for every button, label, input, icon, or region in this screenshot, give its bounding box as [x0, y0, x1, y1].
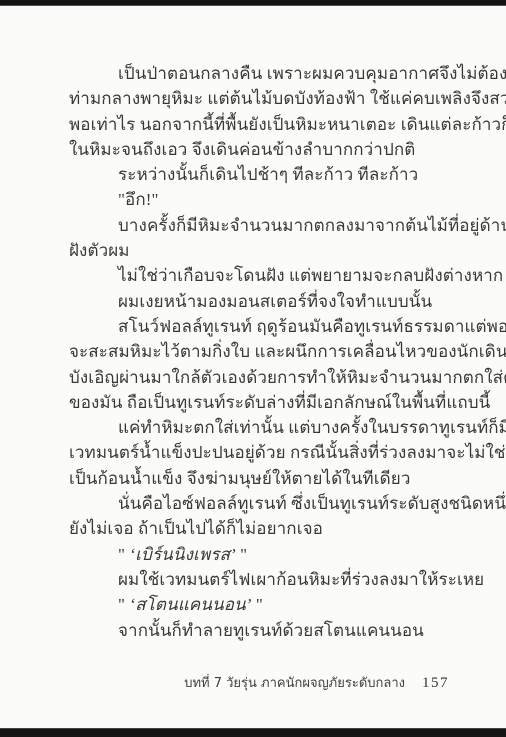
body-line: แค่ทำหิมะตกใส่เท่านั้น แต่บางครั้งในบรรด…: [69, 415, 449, 440]
body-text: จะสะสมหิมะไว้ตามกิ่งใบ และผนึกการเคลื่อน…: [69, 342, 506, 361]
body-line: เป็นป่าตอนกลางคืน เพราะผมควบคุมอากาศจึงไ…: [69, 61, 449, 86]
body-text: ผมเงยหน้ามองมอนสเตอร์ที่จงใจทำแบบนั้น: [118, 292, 432, 311]
scan-edge-bottom: [0, 728, 506, 737]
body-line: ผมเงยหน้ามองมอนสเตอร์ที่จงใจทำแบบนั้น: [69, 289, 449, 314]
body-line: จะสะสมหิมะไว้ตามกิ่งใบ และผนึกการเคลื่อน…: [69, 339, 449, 364]
footer-chapter-title: บทที่ 7 วัยรุ่น ภาคนักผจญภัยระดับกลาง: [184, 672, 405, 693]
body-text: ยังไม่เจอ ถ้าเป็นไปได้ก็ไม่อยากเจอ: [69, 519, 323, 538]
body-line: เวทมนตร์น้ำแข็งปะปนอยู่ด้วย กรณีนั้นสิ่ง…: [69, 440, 449, 465]
body-text: เป็นก้อนน้ำแข็ง จึงฆ่ามนุษย์ให้ตายได้ในท…: [69, 469, 411, 488]
body-line: " ‘เบิร์นนิงเพรส’ ": [69, 542, 449, 567]
body-text: ": [236, 545, 247, 564]
body-text: ": [118, 545, 129, 564]
body-line: ผมใช้เวทมนตร์ไฟเผาก้อนหิมะที่ร่วงลงมาให้…: [69, 567, 449, 592]
body-text: ระหว่างนั้นก็เดินไปช้าๆ ทีละก้าว ทีละก้า…: [118, 165, 418, 184]
body-line: ฝังตัวผม: [69, 238, 449, 263]
body-line: ไม่ใช่ว่าเกือบจะโดนฝัง แต่พยายามจะกลบฝัง…: [69, 263, 449, 288]
body-text: เวทมนตร์น้ำแข็งปะปนอยู่ด้วย กรณีนั้นสิ่ง…: [69, 443, 506, 462]
body-line: ในหิมะจนถึงเอว จึงเดินค่อนข้างลำบากกว่าป…: [69, 137, 449, 162]
body-line: ระหว่างนั้นก็เดินไปช้าๆ ทีละก้าว ทีละก้า…: [69, 162, 449, 187]
body-text: บังเอิญผ่านมาใกล้ตัวเองด้วยการทำให้หิมะจ…: [69, 368, 506, 387]
body-text: จากนั้นก็ทำลายทูเรนท์ด้วยสโตนแคนนอน: [118, 621, 424, 640]
body-line: เป็นก้อนน้ำแข็ง จึงฆ่ามนุษย์ให้ตายได้ในท…: [69, 466, 449, 491]
body-line: บางครั้งก็มีหิมะจำนวนมากตกลงมาจากต้นไม้ท…: [69, 213, 449, 238]
body-text: ": [118, 595, 129, 614]
body-line: นั่นคือไอซ์ฟอลล์ทูเรนท์ ซึ่งเป็นทูเรนท์ร…: [69, 491, 449, 516]
footer-page-number: 157: [422, 675, 449, 692]
spell-name-text: ‘เบิร์นนิงเพรส’: [129, 545, 235, 564]
spell-name-text: ‘สโตนแคนนอน’: [129, 595, 251, 614]
scan-edge-top: [0, 0, 506, 6]
body-line: พอเท่าไร นอกจากนี้ที่พื้นยังเป็นหิมะหนาเ…: [69, 112, 449, 137]
body-text: พอเท่าไร นอกจากนี้ที่พื้นยังเป็นหิมะหนาเ…: [69, 115, 506, 134]
body-text: ของมัน ถือเป็นทูเรนท์ระดับล่างที่มีเอกลั…: [69, 393, 490, 412]
body-line: " ‘สโตนแคนนอน’ ": [69, 592, 449, 617]
body-text: "อึก!": [118, 190, 159, 209]
body-text: สโนว์ฟอลล์ทูเรนท์ ฤดูร้อนมันคือทูเรนท์ธร…: [118, 317, 506, 336]
body-text: ในหิมะจนถึงเอว จึงเดินค่อนข้างลำบากกว่าป…: [69, 140, 415, 159]
body-line: ท่ามกลางพายุหิมะ แต่ต้นไม้บดบังท้องฟ้า ใ…: [69, 86, 449, 111]
body-text: ": [251, 595, 262, 614]
body-text: บางครั้งก็มีหิมะจำนวนมากตกลงมาจากต้นไม้ท…: [118, 216, 506, 235]
body-line: ยังไม่เจอ ถ้าเป็นไปได้ก็ไม่อยากเจอ: [69, 516, 449, 541]
page-footer: บทที่ 7 วัยรุ่น ภาคนักผจญภัยระดับกลาง 15…: [69, 672, 449, 693]
body-text: นั่นคือไอซ์ฟอลล์ทูเรนท์ ซึ่งเป็นทูเรนท์ร…: [118, 494, 506, 513]
body-text: เป็นป่าตอนกลางคืน เพราะผมควบคุมอากาศจึงไ…: [118, 64, 506, 83]
body-line: "อึก!": [69, 187, 449, 212]
text-block: เป็นป่าตอนกลางคืน เพราะผมควบคุมอากาศจึงไ…: [69, 61, 449, 643]
body-line: ของมัน ถือเป็นทูเรนท์ระดับล่างที่มีเอกลั…: [69, 390, 449, 415]
body-line: บังเอิญผ่านมาใกล้ตัวเองด้วยการทำให้หิมะจ…: [69, 365, 449, 390]
body-line: จากนั้นก็ทำลายทูเรนท์ด้วยสโตนแคนนอน: [69, 618, 449, 643]
body-text: แค่ทำหิมะตกใส่เท่านั้น แต่บางครั้งในบรรด…: [118, 418, 506, 437]
body-text: ไม่ใช่ว่าเกือบจะโดนฝัง แต่พยายามจะกลบฝัง…: [118, 266, 503, 285]
body-text: ผมใช้เวทมนตร์ไฟเผาก้อนหิมะที่ร่วงลงมาให้…: [118, 570, 484, 589]
body-text: ฝังตัวผม: [69, 241, 130, 260]
body-text: ท่ามกลางพายุหิมะ แต่ต้นไม้บดบังท้องฟ้า ใ…: [69, 89, 506, 108]
body-line: สโนว์ฟอลล์ทูเรนท์ ฤดูร้อนมันคือทูเรนท์ธร…: [69, 314, 449, 339]
